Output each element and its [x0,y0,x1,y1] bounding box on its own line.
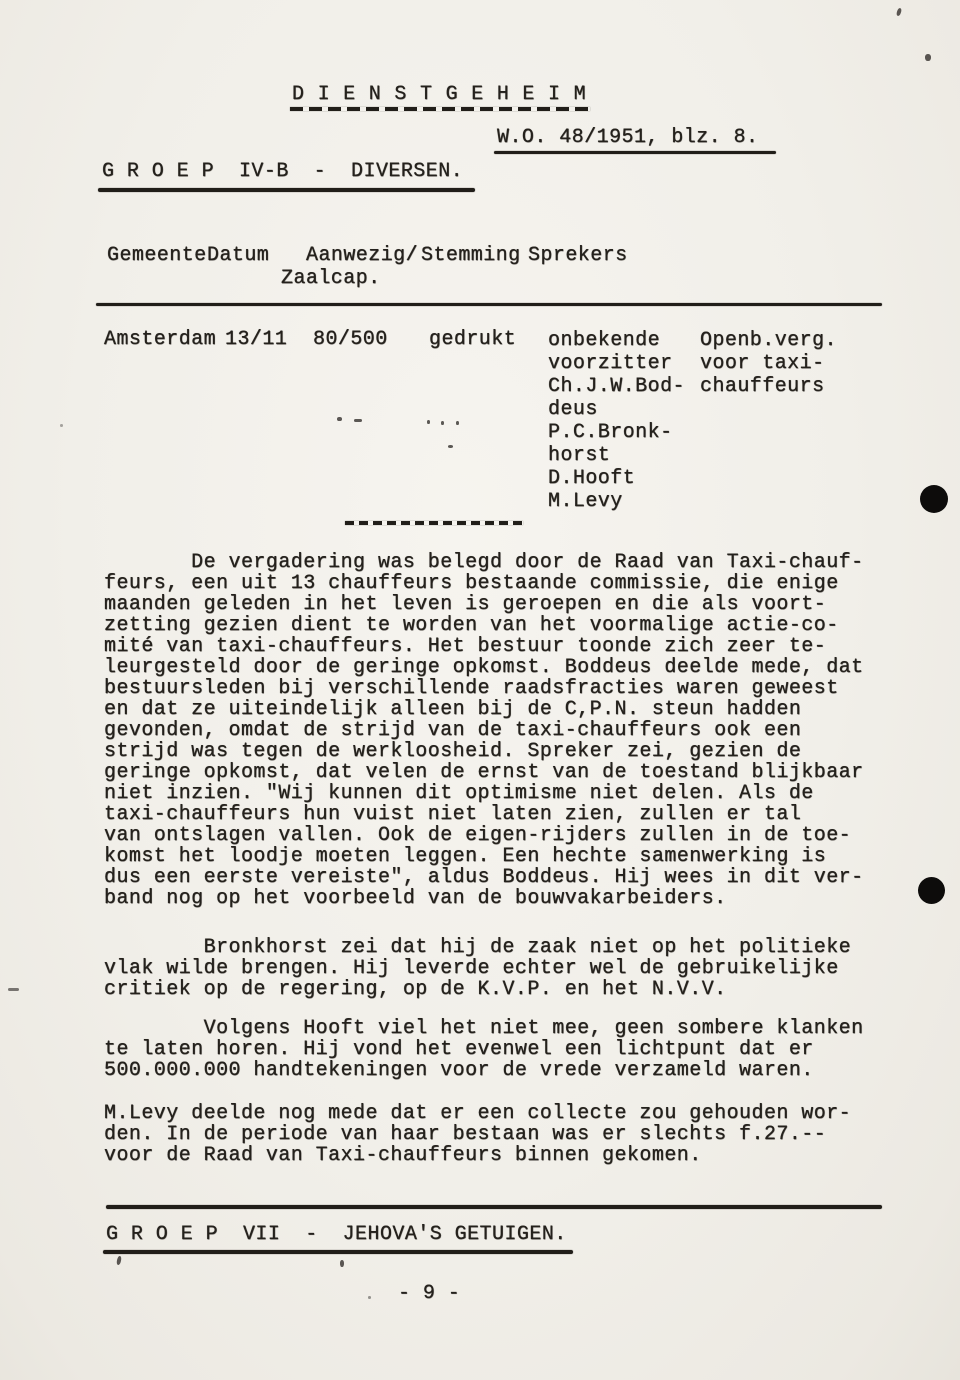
footer-section-rule [106,1205,882,1209]
ink-speckle [368,1296,371,1299]
group-vii-underline [103,1250,573,1254]
ink-speckle [448,445,453,448]
table-header-rule [96,303,882,306]
group-vii-heading: G R O E P VII - JEHOVA'S GETUIGEN. [106,1224,567,1245]
dashed-separator [345,521,523,525]
ink-speckle [60,424,63,427]
document-reference: W.O. 48/1951, blz. 8. [497,127,759,148]
column-header-gemeente: Gemeente [107,245,207,266]
column-header-aanwezig: Aanwezig/ [306,245,418,266]
column-header-stemming: Stemming [421,245,521,266]
table-row-aanwezig-zaalcap: 80/500 [313,329,388,350]
classification-dashed-underline [290,107,590,111]
body-paragraph-bronkhorst: Bronkhorst zei dat hij de zaak niet op h… [104,937,851,1000]
column-header-zaalcap: Zaalcap. [281,268,381,289]
ink-speckle [896,8,902,17]
table-row-datum: 13/11 [225,329,287,350]
margin-ink-dot [920,485,948,513]
ink-speckle [925,54,931,61]
ink-speckle [441,421,444,425]
ink-speckle [337,417,342,421]
body-paragraph-hooft: Volgens Hooft viel het niet mee, geen so… [104,1018,864,1081]
column-header-sprekers: Sprekers [528,245,628,266]
table-row-sprekers: onbekende voorzitter Ch.J.W.Bod- deus P.… [548,329,685,513]
ink-speckle [354,419,362,422]
table-row-soort-vergadering: Openb.verg. voor taxi- chauffeurs [700,329,837,398]
ink-speckle [8,988,19,991]
ink-speckle [340,1260,344,1267]
column-header-datum: Datum [207,245,269,266]
table-row-gemeente: Amsterdam [104,329,216,350]
margin-ink-dot [918,877,945,904]
body-paragraph-levy: M.Levy deelde nog mede dat er een collec… [104,1103,851,1166]
group-iv-b-heading: G R O E P IV-B - DIVERSEN. [102,161,463,182]
table-row-stemming: gedrukt [429,329,516,350]
ink-speckle [116,1256,122,1266]
ink-speckle [456,421,459,425]
page-number: - 9 - [398,1283,460,1304]
body-paragraph-vergadering: De vergadering was belegd door de Raad v… [104,552,864,909]
classification-heading: D I E N S T G E H E I M [292,84,586,105]
scanned-document-page: D I E N S T G E H E I M W.O. 48/1951, bl… [0,0,960,1380]
ink-speckle [427,420,430,424]
reference-underline [494,151,776,154]
group-iv-b-underline [98,188,475,192]
